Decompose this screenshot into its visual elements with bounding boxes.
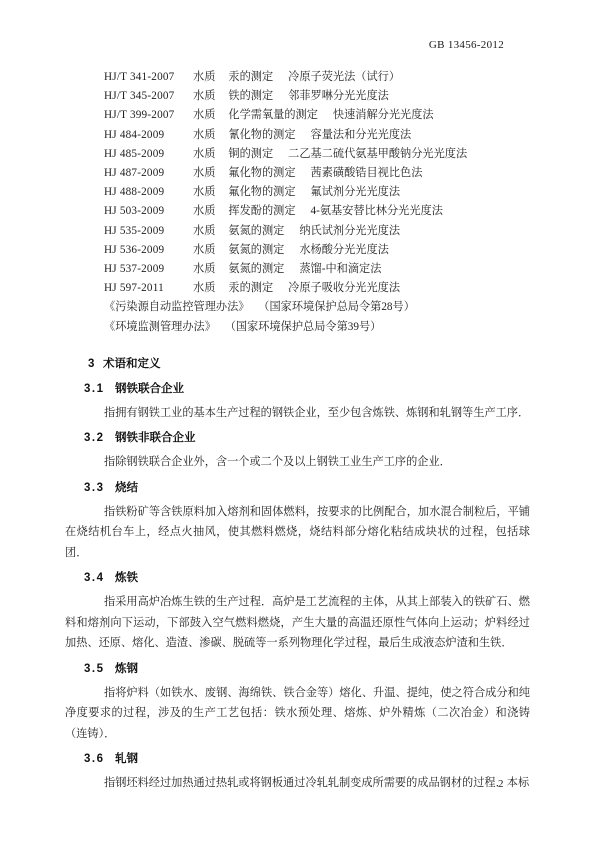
term-title: 炼钢	[115, 663, 138, 675]
standard-method: 4-氨基安替比林分光光度法	[311, 202, 443, 221]
term-title: 炼铁	[115, 572, 138, 584]
term-heading: 3.6轧钢	[65, 749, 530, 769]
standard-code: HJ 536-2009	[104, 241, 193, 260]
standards-reference-list: HJ/T 341-2007 水质 汞的测定 冷原子荧光法（试行） HJ/T 34…	[65, 68, 530, 298]
standard-method: 茜素磺酸锆目视比色法	[311, 164, 423, 183]
standard-medium: 水质	[193, 241, 215, 260]
standard-code: HJ/T 399-2007	[104, 106, 193, 125]
standard-subject: 汞的测定	[228, 68, 273, 87]
term-heading: 3.3烧结	[65, 478, 530, 498]
standard-method: 二乙基二硫代氨基甲酸钠分光光度法	[288, 145, 467, 164]
term-title: 烧结	[115, 482, 138, 494]
term-item: 3.1钢铁联合企业 指拥有钢铁工业的基本生产过程的钢铁企业，至少包含炼铁、炼钢和…	[65, 379, 530, 424]
standard-subject: 氟化物的测定	[228, 183, 295, 202]
standard-code: HJ 597-2011	[104, 279, 193, 298]
standard-code: HJ 535-2009	[104, 222, 193, 241]
standard-method: 邻菲罗啉分光光度法	[288, 87, 389, 106]
standard-method: 容量法和分光光度法	[311, 126, 412, 145]
regulation-title: 《环境监测管理办法》	[104, 321, 216, 333]
standard-method: 冷原子吸收分光光度法	[288, 279, 400, 298]
term-definition: 指拥有钢铁工业的基本生产过程的钢铁企业，至少包含炼铁、炼钢和轧钢等生产工序．	[65, 403, 530, 424]
standard-subject: 氨氮的测定	[228, 241, 284, 260]
standard-reference-row: HJ 536-2009 水质 氨氮的测定 水杨酸分光光度法	[65, 241, 530, 260]
term-definition: 指除钢铁联合企业外，含一个或二个及以上钢铁工业生产工序的企业．	[65, 452, 530, 473]
standard-reference-row: HJ/T 345-2007 水质 铁的测定 邻菲罗啉分光光度法	[65, 87, 530, 106]
term-item: 3.5炼钢 指将炉料（如铁水、废钢、海绵铁、铁合金等）熔化、升温、提纯，使之符合…	[65, 659, 530, 745]
standard-code: HJ 488-2009	[104, 183, 193, 202]
term-item: 3.6轧钢 指钢坯料经过加热通过热轧或将钢板通过冷轧轧制变成所需要的成品钢材的过…	[65, 749, 530, 794]
term-title: 钢铁联合企业	[115, 383, 184, 395]
term-item: 3.4炼铁 指采用高炉冶炼生铁的生产过程．高炉是工艺流程的主体，从其上部装入的铁…	[65, 568, 530, 654]
standard-subject: 氰化物的测定	[228, 126, 295, 145]
standard-reference-row: HJ 503-2009 水质 挥发酚的测定 4-氨基安替比林分光光度法	[65, 202, 530, 221]
standard-subject: 化学需氧量的测定	[228, 106, 318, 125]
standard-medium: 水质	[193, 260, 215, 279]
standard-method: 冷原子荧光法（试行）	[288, 68, 400, 87]
standard-medium: 水质	[193, 145, 215, 164]
section-number: 3	[88, 354, 103, 374]
term-title: 钢铁非联合企业	[115, 432, 196, 444]
term-number: 3.5	[84, 659, 115, 679]
standard-medium: 水质	[193, 126, 215, 145]
standard-reference-row: HJ 537-2009 水质 氨氮的测定 蒸馏-中和滴定法	[65, 260, 530, 279]
standard-subject: 铁的测定	[228, 87, 273, 106]
standard-code: HJ 485-2009	[104, 145, 193, 164]
standard-code: HJ 537-2009	[104, 260, 193, 279]
standard-number-header: GB 13456-2012	[429, 39, 504, 51]
term-definition: 指采用高炉冶炼生铁的生产过程．高炉是工艺流程的主体，从其上部装入的铁矿石、燃料和…	[65, 592, 530, 654]
term-item: 3.2钢铁非联合企业 指除钢铁联合企业外，含一个或二个及以上钢铁工业生产工序的企…	[65, 428, 530, 473]
regulation-note: （国家环境保护总局令第28号）	[258, 301, 415, 313]
section-title: 术语和定义	[103, 358, 161, 370]
standard-subject: 汞的测定	[228, 279, 273, 298]
standard-reference-row: HJ 487-2009 水质 氟化物的测定 茜素磺酸锆目视比色法	[65, 164, 530, 183]
terms-list: 3.1钢铁联合企业 指拥有钢铁工业的基本生产过程的钢铁企业，至少包含炼铁、炼钢和…	[65, 379, 530, 794]
standard-subject: 铜的测定	[228, 145, 273, 164]
term-definition: 指铁粉矿等含铁原料加入熔剂和固体燃料，按要求的比例配合，加水混合制粒后，平铺在烧…	[65, 502, 530, 564]
standard-medium: 水质	[193, 222, 215, 241]
standard-code: HJ 484-2009	[104, 126, 193, 145]
standard-method: 蒸馏-中和滴定法	[299, 260, 381, 279]
standard-subject: 氨氮的测定	[228, 260, 284, 279]
standard-medium: 水质	[193, 183, 215, 202]
standard-medium: 水质	[193, 106, 215, 125]
regulation-row: 《污染源自动监控管理办法》 （国家环境保护总局令第28号）	[65, 298, 530, 317]
standard-reference-row: HJ 535-2009 水质 氨氮的测定 纳氏试剂分光光度法	[65, 222, 530, 241]
standard-reference-row: HJ 597-2011 水质 汞的测定 冷原子吸收分光光度法	[65, 279, 530, 298]
standard-reference-row: HJ/T 399-2007 水质 化学需氧量的测定 快速消解分光光度法	[65, 106, 530, 125]
standard-subject: 氨氮的测定	[228, 222, 284, 241]
standard-medium: 水质	[193, 279, 215, 298]
page-content: HJ/T 341-2007 水质 汞的测定 冷原子荧光法（试行） HJ/T 34…	[65, 68, 530, 794]
standard-subject: 氟化物的测定	[228, 164, 295, 183]
standard-subject: 挥发酚的测定	[228, 202, 295, 221]
standard-method: 纳氏试剂分光光度法	[299, 222, 400, 241]
term-definition: 指钢坯料经过加热通过热轧或将钢板通过冷轧轧制变成所需要的成品钢材的过程．本标	[65, 773, 530, 794]
standard-reference-row: HJ 484-2009 水质 氰化物的测定 容量法和分光光度法	[65, 126, 530, 145]
regulation-note: （国家环境保护总局令第39号）	[225, 321, 382, 333]
term-number: 3.4	[84, 568, 115, 588]
standard-method: 水杨酸分光光度法	[299, 241, 389, 260]
term-item: 3.3烧结 指铁粉矿等含铁原料加入熔剂和固体燃料，按要求的比例配合，加水混合制粒…	[65, 478, 530, 564]
term-heading: 3.4炼铁	[65, 568, 530, 588]
standard-method: 氟试剂分光光度法	[311, 183, 401, 202]
standard-code: HJ 503-2009	[104, 202, 193, 221]
standard-medium: 水质	[193, 164, 215, 183]
standard-medium: 水质	[193, 87, 215, 106]
standard-code: HJ 487-2009	[104, 164, 193, 183]
standard-medium: 水质	[193, 202, 215, 221]
standard-method: 快速消解分光光度法	[333, 106, 434, 125]
term-number: 3.6	[84, 749, 115, 769]
standard-reference-row: HJ 488-2009 水质 氟化物的测定 氟试剂分光光度法	[65, 183, 530, 202]
regulation-title: 《污染源自动监控管理办法》	[104, 301, 249, 313]
standard-medium: 水质	[193, 68, 215, 87]
term-definition: 指将炉料（如铁水、废钢、海绵铁、铁合金等）熔化、升温、提纯，使之符合成分和纯净度…	[65, 683, 530, 745]
term-number: 3.3	[84, 478, 115, 498]
regulations-reference-list: 《污染源自动监控管理办法》 （国家环境保护总局令第28号） 《环境监测管理办法》…	[65, 298, 530, 336]
standard-code: HJ/T 341-2007	[104, 68, 193, 87]
standard-reference-row: HJ/T 341-2007 水质 汞的测定 冷原子荧光法（试行）	[65, 68, 530, 87]
term-heading: 3.1钢铁联合企业	[65, 379, 530, 399]
document-page: GB 13456-2012 HJ/T 341-2007 水质 汞的测定 冷原子荧…	[0, 0, 595, 843]
regulation-row: 《环境监测管理办法》 （国家环境保护总局令第39号）	[65, 318, 530, 337]
term-heading: 3.2钢铁非联合企业	[65, 428, 530, 448]
section-heading: 3术语和定义	[65, 354, 530, 374]
page-number: 2	[498, 778, 504, 790]
standard-code: HJ/T 345-2007	[104, 87, 193, 106]
term-number: 3.1	[84, 379, 115, 399]
term-title: 轧钢	[115, 753, 138, 765]
term-heading: 3.5炼钢	[65, 659, 530, 679]
term-number: 3.2	[84, 428, 115, 448]
standard-reference-row: HJ 485-2009 水质 铜的测定 二乙基二硫代氨基甲酸钠分光光度法	[65, 145, 530, 164]
